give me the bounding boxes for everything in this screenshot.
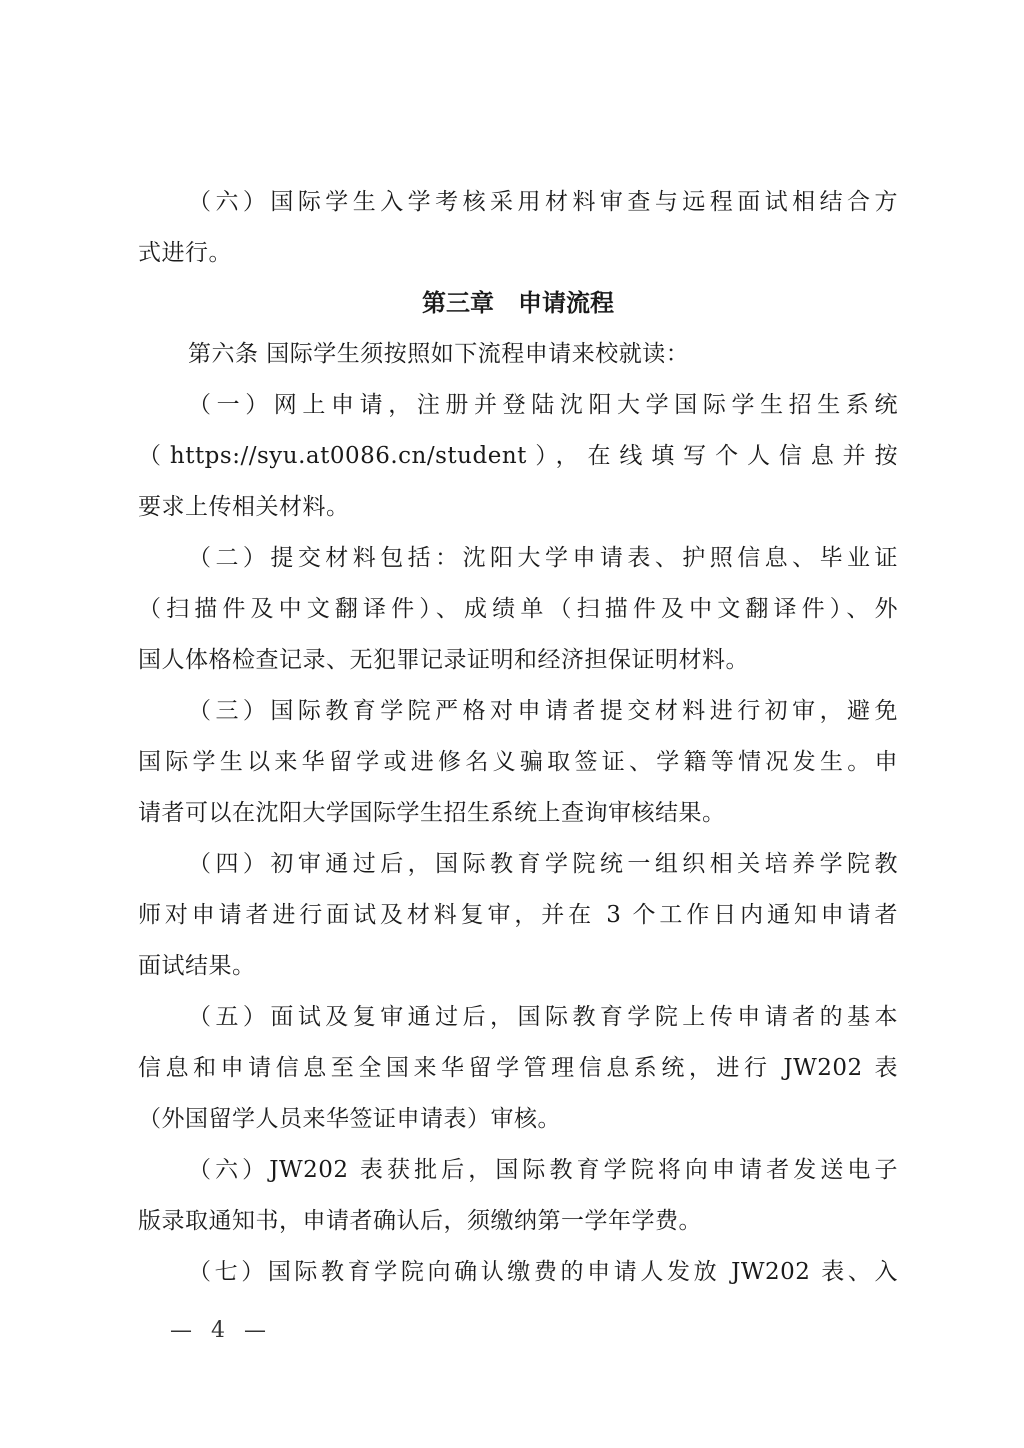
paragraph-line: （外国留学人员来华签证申请表）审核。 [138,1103,898,1135]
paragraph-line: 师对申请者进行面试及材料复审，并在 3 个工作日内通知申请者 [138,899,898,931]
paragraph-line: 版录取通知书，申请者确认后，须缴纳第一学年学费。 [138,1205,898,1237]
paragraph-line: 信息和申请信息至全国来华留学管理信息系统，进行 JW202 表 [138,1052,898,1084]
paragraph-line: 第六条 国际学生须按照如下流程申请来校就读： [188,338,898,370]
paragraph-line: （六）国际学生入学考核采用材料审查与远程面试相结合方 [188,186,898,218]
paragraph-line: （四）初审通过后，国际教育学院统一组织相关培养学院教 [188,848,898,880]
paragraph-line: 式进行。 [138,237,898,269]
paragraph-line: 国际学生以来华留学或进修名义骗取签证、学籍等情况发生。申 [138,746,898,778]
paragraph-line: （一）网上申请，注册并登陆沈阳大学国际学生招生系统 [188,389,898,421]
paragraph-line: （七）国际教育学院向确认缴费的申请人发放 JW202 表、入 [188,1256,898,1288]
paragraph-line: （https://syu.at0086.cn/student），在线填写个人信息… [138,440,898,472]
paragraph-line: （五）面试及复审通过后，国际教育学院上传申请者的基本 [188,1001,898,1033]
paragraph-line: （扫描件及中文翻译件）、成绩单（扫描件及中文翻译件）、外 [138,593,898,625]
page-number: — 4 — [170,1318,272,1343]
paragraph-line: （三）国际教育学院严格对申请者提交材料进行初审，避免 [188,695,898,727]
paragraph-line: 请者可以在沈阳大学国际学生招生系统上查询审核结果。 [138,797,898,829]
paragraph-line: 要求上传相关材料。 [138,491,898,523]
paragraph-line: （六）JW202 表获批后，国际教育学院将向申请者发送电子 [188,1154,898,1186]
paragraph-line: （二）提交材料包括：沈阳大学申请表、护照信息、毕业证 [188,542,898,574]
paragraph-line: 面试结果。 [138,950,898,982]
paragraph-line: 国人体格检查记录、无犯罪记录证明和经济担保证明材料。 [138,644,898,676]
chapter-heading: 第三章 申请流程 [138,287,898,319]
